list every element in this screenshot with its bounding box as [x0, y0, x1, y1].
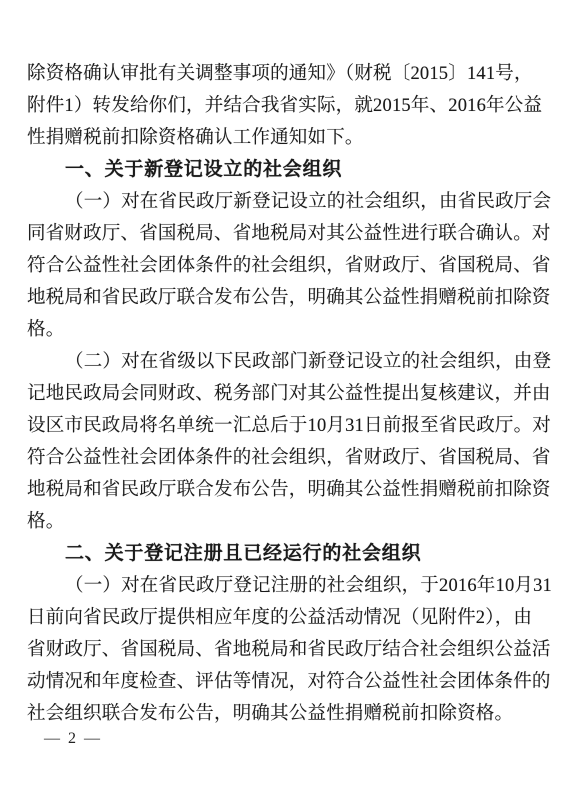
document-page: 除资格确认审批有关调整事项的通知》（财税〔2015〕141号， 附件1）转发给你… — [0, 0, 562, 800]
text-line: 设区市民政局将名单统一汇总后于10月31日前报至省民政厅。对 — [27, 410, 537, 442]
text-line: 符合公益性社会团体条件的社会组织，省财政厅、省国税局、省 — [27, 250, 537, 282]
text-line: 社会组织联合发布公告，明确其公益性捐赠税前扣除资格。 — [27, 698, 537, 730]
text-line: 日前向省民政厅提供相应年度的公益活动情况（见附件2），由 — [27, 602, 537, 634]
text-line: 格。 — [27, 506, 537, 538]
text-line: 省财政厅、省国税局、省地税局和省民政厅结合社会组织公益活 — [27, 634, 537, 666]
text-line: 附件1）转发给你们，并结合我省实际，就2015年、2016年公益 — [27, 90, 537, 122]
page-number: — 2 — — [44, 728, 102, 750]
text-line: 地税局和省民政厅联合发布公告，明确其公益性捐赠税前扣除资 — [27, 282, 537, 314]
text-line: 动情况和年度检查、评估等情况，对符合公益性社会团体条件的 — [27, 666, 537, 698]
section-heading-2: 二、关于登记注册且已经运行的社会组织 — [27, 538, 537, 570]
text-line: 地税局和省民政厅联合发布公告，明确其公益性捐赠税前扣除资 — [27, 474, 537, 506]
paragraph-start-line: （二）对在省级以下民政部门新登记设立的社会组织，由登 — [27, 346, 537, 378]
text-line: 同省财政厅、省国税局、省地税局对其公益性进行联合确认。对 — [27, 218, 537, 250]
section-heading-1: 一、关于新登记设立的社会组织 — [27, 154, 537, 186]
document-text-block: 除资格确认审批有关调整事项的通知》（财税〔2015〕141号， 附件1）转发给你… — [27, 58, 537, 730]
paragraph-start-line: （一）对在省民政厅新登记设立的社会组织，由省民政厅会 — [27, 186, 537, 218]
text-line: 格。 — [27, 314, 537, 346]
text-line: 除资格确认审批有关调整事项的通知》（财税〔2015〕141号， — [27, 58, 537, 90]
text-line: 记地民政局会同财政、税务部门对其公益性提出复核建议，并由 — [27, 378, 537, 410]
text-line: 符合公益性社会团体条件的社会组织，省财政厅、省国税局、省 — [27, 442, 537, 474]
paragraph-start-line: （一）对在省民政厅登记注册的社会组织，于2016年10月31 — [27, 570, 537, 602]
text-line: 性捐赠税前扣除资格确认工作通知如下。 — [27, 122, 537, 154]
